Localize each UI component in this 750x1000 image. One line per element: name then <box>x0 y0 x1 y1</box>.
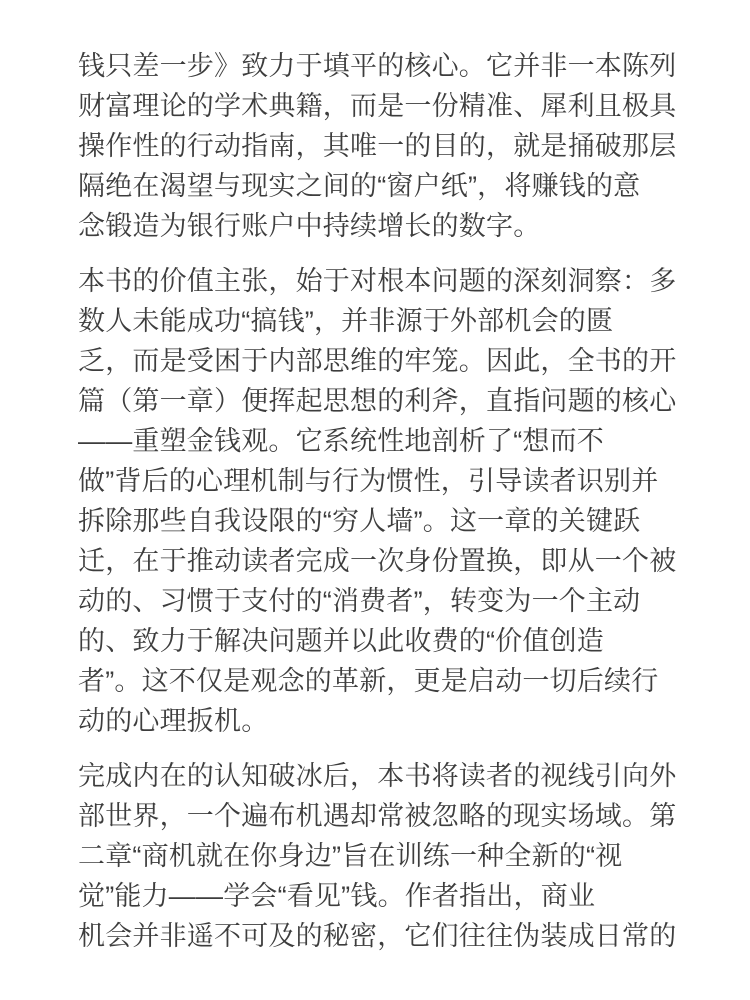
text-line: 者”。这不仅是观念的革新，更是启动一切后续行 <box>78 661 680 701</box>
text-line: 本书的价值主张，始于对根本问题的深刻洞察：多 <box>78 261 680 301</box>
text-line: 二章“商机就在你身边”旨在训练一种全新的“视 <box>78 836 680 876</box>
text-line: 钱只差一步》致力于填平的核心。它并非一本陈列 <box>78 46 680 86</box>
text-line: ——重塑金钱观。它系统性地剖析了“想而不 <box>78 421 680 461</box>
text-line: 动的、习惯于支付的“消费者”，转变为一个主动 <box>78 581 680 621</box>
paragraph: 钱只差一步》致力于填平的核心。它并非一本陈列财富理论的学术典籍，而是一份精准、犀… <box>78 46 680 246</box>
paragraph: 完成内在的认知破冰后，本书将读者的视线引向外部世界，一个遍布机遇却常被忽略的现实… <box>78 756 680 956</box>
text-content: 钱只差一步》致力于填平的核心。它并非一本陈列财富理论的学术典籍，而是一份精准、犀… <box>0 0 750 956</box>
text-line: 部世界，一个遍布机遇却常被忽略的现实场域。第 <box>78 796 680 836</box>
text-line: 篇（第一章）便挥起思想的利斧，直指问题的核心 <box>78 381 680 421</box>
text-line: 数人未能成功“搞钱”，并非源于外部机会的匮 <box>78 301 680 341</box>
text-line: 机会并非遥不可及的秘密，它们往往伪装成日常的 <box>78 916 680 956</box>
text-line: 觉”能力——学会“看见”钱。作者指出，商业 <box>78 876 680 916</box>
text-line: 拆除那些自我设限的“穷人墙”。这一章的关键跃 <box>78 501 680 541</box>
text-line: 操作性的行动指南，其唯一的目的，就是捅破那层 <box>78 126 680 166</box>
paragraph: 本书的价值主张，始于对根本问题的深刻洞察：多数人未能成功“搞钱”，并非源于外部机… <box>78 261 680 741</box>
text-line: 财富理论的学术典籍，而是一份精准、犀利且极具 <box>78 86 680 126</box>
text-line: 念锻造为银行账户中持续增长的数字。 <box>78 206 680 246</box>
text-line: 做”背后的心理机制与行为惯性，引导读者识别并 <box>78 461 680 501</box>
text-line: 隔绝在渴望与现实之间的“窗户纸”，将赚钱的意 <box>78 166 680 206</box>
text-line: 迁，在于推动读者完成一次身份置换，即从一个被 <box>78 541 680 581</box>
text-line: 完成内在的认知破冰后，本书将读者的视线引向外 <box>78 756 680 796</box>
text-line: 的、致力于解决问题并以此收费的“价值创造 <box>78 621 680 661</box>
text-line: 动的心理扳机。 <box>78 701 680 741</box>
page: { "page": { "background_color": "#ffffff… <box>0 0 750 1000</box>
text-line: 乏，而是受困于内部思维的牢笼。因此，全书的开 <box>78 341 680 381</box>
